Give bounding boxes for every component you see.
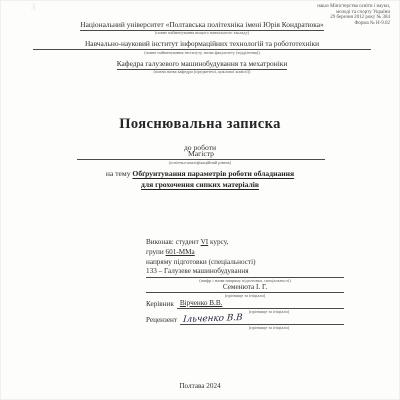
form-header-line: наказ Міністерства освіти і науки, [317, 4, 390, 10]
executor-line1-prefix: Виконав: студент [146, 238, 201, 246]
university-line: Національний університет «Полтавська пол… [33, 21, 371, 30]
theme-line1: Обґрунтування параметрів роботи обладнан… [132, 169, 294, 178]
executor-block: Виконав: студент VI курсу, групи 601-ММа… [146, 238, 344, 331]
institute-line: Навчально-науковий інститут інформаційни… [33, 40, 371, 50]
executor-line1-suffix: курсу, [208, 238, 228, 246]
theme-line2: для грохочення сипких матеріалів [141, 180, 259, 189]
department-caption: (повна назва кафедри (предметної, циклов… [33, 69, 371, 74]
institution-block: Національний університет «Полтавська пол… [33, 21, 371, 79]
group-number: 601-ММа [166, 248, 195, 256]
supervisor-label: Керівник [146, 300, 174, 309]
reviewer-row: Рецензент Ільченко В.В [146, 315, 344, 325]
theme-prefix: на тему [106, 169, 133, 178]
supervisor-row: Керівник Вірченко В.В. [146, 299, 344, 309]
city-year: Полтава 2024 [1, 382, 399, 390]
university-caption: (повне найменування вищого навчального з… [33, 30, 371, 35]
supervisor-name-field: Вірченко В.В. [177, 299, 344, 309]
executor-line3: напряму підготовки (спеціальності) [146, 258, 344, 268]
theme-block: на тему Обґрунтування параметрів роботи … [1, 169, 399, 191]
reviewer-caption: (прізвище та ініціали) [194, 325, 344, 330]
institute-caption: (повне найменування інституту, назва фак… [33, 50, 371, 55]
scanned-title-page: З наказ Міністерства освіти і науки, мол… [0, 0, 400, 400]
group-label: групи [146, 248, 166, 256]
degree-caption: (освітньо-кваліфікаційний рівень) [1, 160, 399, 165]
institute-name: Навчально-науковий інститут інформаційни… [85, 39, 319, 48]
degree-field: Магістр [77, 149, 325, 160]
scan-artifact: З [31, 2, 36, 12]
reviewer-name-field: Ільченко В.В [180, 315, 344, 325]
university-name: Національний університет «Полтавська пол… [80, 20, 323, 31]
document-title: Пояснювальна записка [1, 116, 399, 133]
specialty-field: 133 – Галузеве машинобудування [146, 267, 344, 277]
student-name-field: Семенюта І. Г. [146, 283, 344, 293]
reviewer-label: Рецензент [146, 316, 177, 325]
executor-line2: групи 601-ММа [146, 248, 344, 258]
executor-line1: Виконав: студент VI курсу, [146, 238, 344, 248]
reviewer-handwritten-name: Ільченко В.В [183, 314, 243, 326]
department-name: Кафедра галузевого машинобудування та ме… [117, 59, 288, 70]
department-line: Кафедра галузевого машинобудування та ме… [33, 60, 371, 69]
